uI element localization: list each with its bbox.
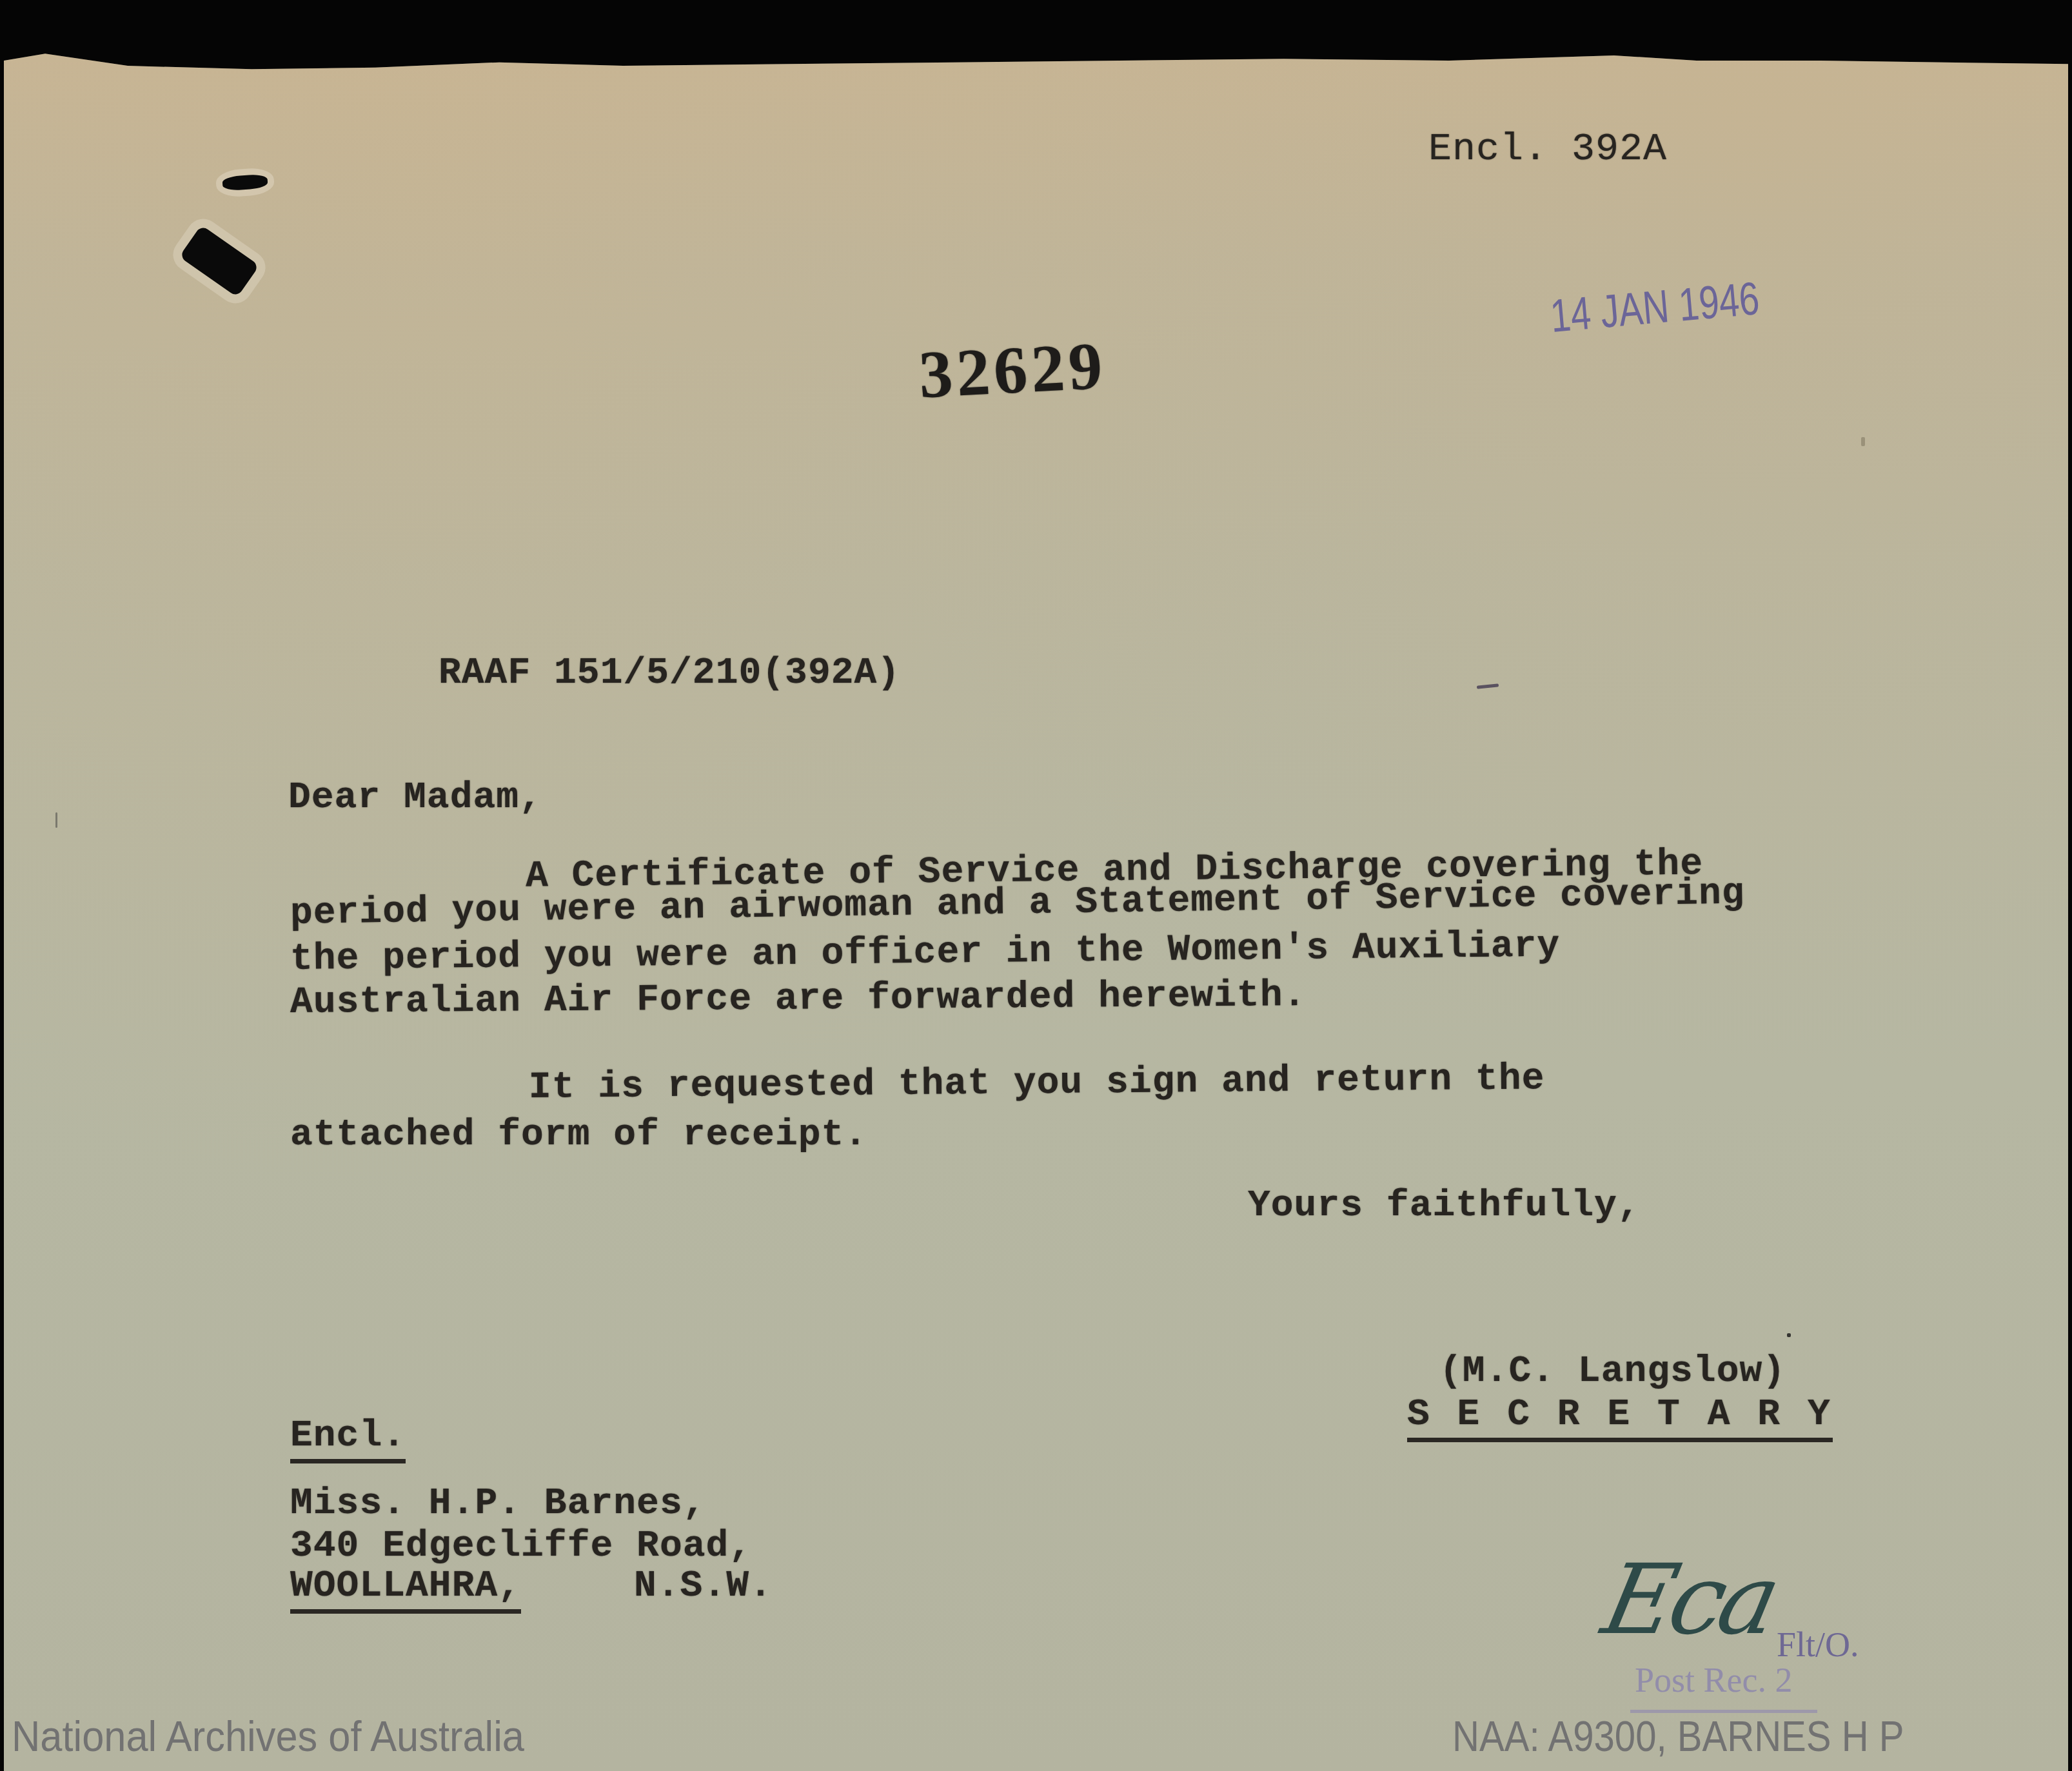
signatory-title: S E C R E T A R Y [1407,1394,1833,1442]
body-paragraph-1-line-4: Australian Air Force are forwarded herew… [290,975,1307,1024]
addressee-street: 340 Edgecliffe Road, [290,1525,752,1568]
archive-caption-right: NAA: A9300, BARNES H P [1452,1712,1904,1761]
file-number: 32629 [917,327,1108,413]
addressee-state: N.S.W. [634,1565,773,1608]
paper-fleck [55,812,57,828]
addressee-name: Miss. H.P. Barnes, [290,1483,706,1525]
addressee-suburb: WOOLLAHRA, [290,1565,521,1614]
paper-fleck [1477,683,1499,689]
raaf-reference: RAAF 151/5/210(392A) [439,652,900,695]
office-stamp: Post Rec. 2 [1635,1660,1793,1700]
paper-fleck [1787,1333,1791,1337]
handwritten-initials: Eca [1594,1544,1785,1656]
enclosure-label: Encl. [290,1415,406,1463]
salutation: Dear Madam, [288,777,542,819]
signatory-name: (M.C. Langslow) [1439,1351,1786,1393]
archive-caption-left: National Archives of Australia [12,1712,524,1761]
enclosure-reference: Encl. 392A [1428,128,1667,171]
rank-stamp: Flt/O. [1777,1625,1859,1665]
closing: Yours faithfully, [1248,1185,1641,1228]
paper-fleck [1861,437,1865,446]
body-paragraph-2-line-2: attached form of receipt. [290,1114,867,1157]
body-paragraph-2-line-1: It is requested that you sign and return… [529,1058,1545,1110]
